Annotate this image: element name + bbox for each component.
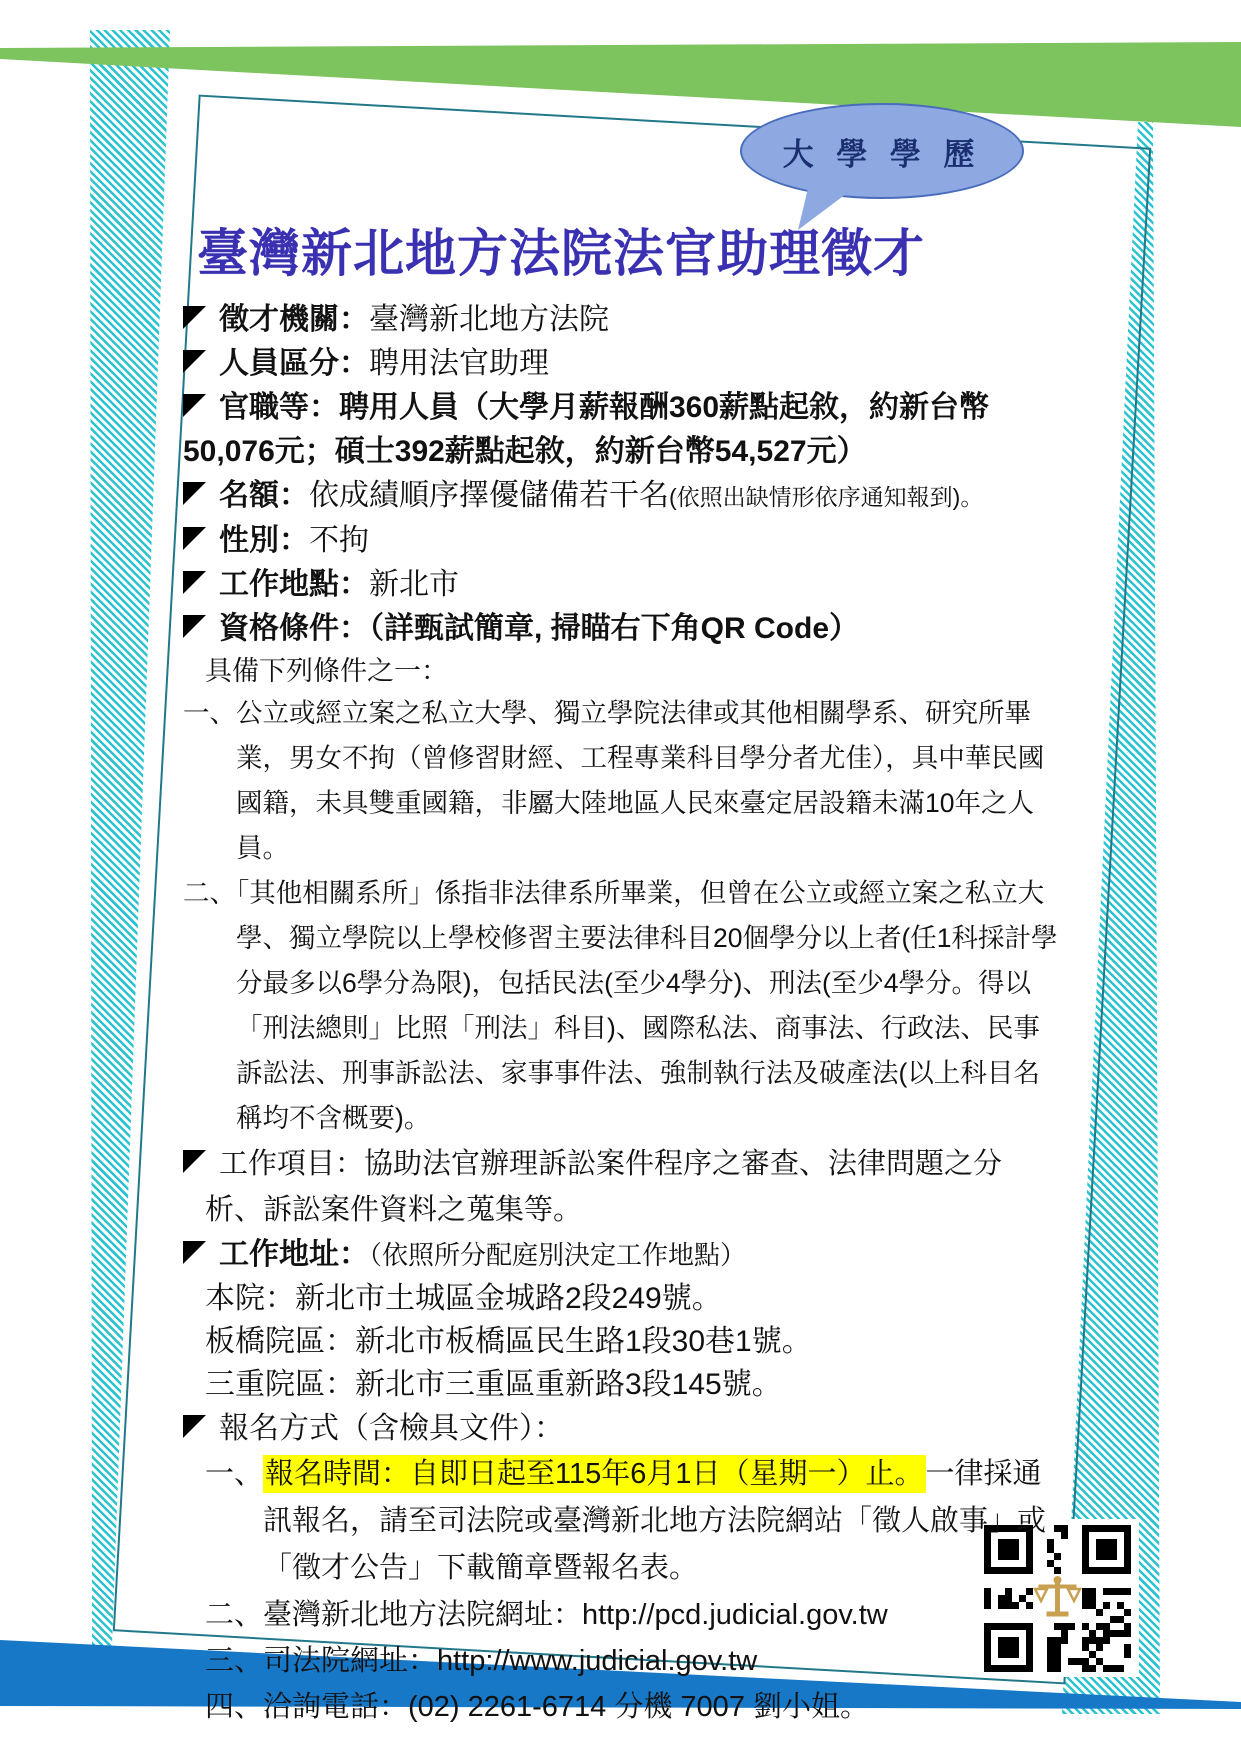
- application-item-3: 三、司法院網址：http://www.judicial.gov.tw: [183, 1638, 1058, 1684]
- row-work-address: 工作地址：（依照所分配庭別決定工作地點）: [183, 1233, 1058, 1277]
- row-quota-label: 名額：: [219, 479, 309, 512]
- poster-content: 臺灣新北地方法院法官助理徵才 徵才機關：臺灣新北地方法院 人員區分：聘用法官助理…: [183, 212, 1058, 1730]
- recruitment-poster: { "badge": "大 學 學 歷", "title": "臺灣新北地方法院…: [0, 0, 1241, 1755]
- row-gender: 性別：不拘: [183, 519, 1058, 563]
- row-agency-label: 徵才機關：: [219, 303, 369, 336]
- qualification-item-2: 二、「其他相關系所」係指非法律系所畢業，但曾在公立或經立案之私立大學、獨立學院以…: [183, 871, 1058, 1141]
- qualification-intro: 具備下列條件之一：: [183, 651, 1058, 691]
- row-agency-value: 臺灣新北地方法院: [369, 303, 609, 336]
- row-duties-label: 工作項目：: [219, 1148, 364, 1180]
- row-agency: 徵才機關：臺灣新北地方法院: [183, 298, 1058, 342]
- row-gender-value: 不拘: [309, 524, 369, 557]
- row-requirements-label: 資格條件：: [219, 612, 369, 645]
- row-gender-label: 性別：: [219, 524, 309, 557]
- row-location-value: 新北市: [369, 568, 459, 601]
- row-work-address-label: 工作地址：: [219, 1238, 369, 1271]
- row-location-label: 工作地點：: [219, 568, 369, 601]
- row-application-label: 報名方式（含檢具文件）：: [219, 1412, 564, 1445]
- bullet-triangle-icon: [183, 571, 206, 594]
- bullet-triangle-icon: [183, 482, 206, 505]
- row-rank: 官職等：聘用人員（大學月薪報酬360薪點起敘，約新台幣50,076元；碩士392…: [183, 386, 1058, 474]
- bullet-triangle-icon: [183, 394, 206, 417]
- row-quota-note: (依照出缺情形依序通知報到)。: [669, 484, 983, 510]
- degree-badge-label: 大 學 學 歷: [783, 129, 982, 174]
- row-application: 報名方式（含檢具文件）：: [183, 1406, 1058, 1451]
- row-category-label: 人員區分：: [219, 347, 369, 380]
- row-duties: 工作項目：協助法官辦理訴訟案件程序之審查、法律問題之分析、訴訟案件資料之蒐集等。: [183, 1141, 1058, 1233]
- application-item-1: 一、報名時間：自即日起至115年6月1日（星期一）止。一律採通訊報名，請至司法院…: [183, 1451, 1058, 1592]
- qualification-item-1: 一、公立或經立案之私立大學、獨立學院法律或其他相關學系、研究所畢業，男女不拘（曾…: [183, 691, 1058, 871]
- row-location: 工作地點：新北市: [183, 563, 1058, 607]
- application-item-4: 四、洽詢電話：(02) 2261-6714 分機 7007 劉小姐。: [183, 1684, 1058, 1730]
- bullet-triangle-icon: [183, 615, 206, 638]
- bullet-triangle-icon: [183, 350, 206, 373]
- bullet-triangle-icon: [183, 306, 206, 329]
- bullet-triangle-icon: [183, 1150, 206, 1173]
- address-main-court: 本院：新北市土城區金城路2段249號。: [183, 1277, 1058, 1320]
- row-requirements: 資格條件：（詳甄試簡章, 掃瞄右下角QR Code）: [183, 607, 1058, 651]
- row-rank-label: 官職等：: [219, 391, 339, 424]
- row-quota-value: 依成績順序擇優儲備若干名: [309, 479, 669, 512]
- bullet-triangle-icon: [183, 1415, 206, 1438]
- row-category-value: 聘用法官助理: [369, 347, 549, 380]
- address-banqiao: 板橋院區：新北市板橋區民生路1段30巷1號。: [183, 1320, 1058, 1363]
- bullet-triangle-icon: [183, 527, 206, 550]
- application-deadline-highlight: 報名時間：自即日起至115年6月1日（星期一）止。: [263, 1455, 926, 1493]
- bullet-triangle-icon: [183, 1241, 206, 1264]
- application-item-2: 二、臺灣新北地方法院網址：http://pcd.judicial.gov.tw: [183, 1592, 1058, 1638]
- qualification-list: 一、公立或經立案之私立大學、獨立學院法律或其他相關學系、研究所畢業，男女不拘（曾…: [183, 691, 1058, 1141]
- row-category: 人員區分：聘用法官助理: [183, 342, 1058, 386]
- row-work-address-note: （依照所分配庭別決定工作地點）: [369, 1240, 746, 1270]
- address-sanchong: 三重院區：新北市三重區重新路3段145號。: [183, 1363, 1058, 1406]
- page-title: 臺灣新北地方法院法官助理徵才: [197, 212, 1058, 286]
- application-item-1-prefix: 一、: [205, 1458, 263, 1490]
- row-requirements-value: （詳甄試簡章, 掃瞄右下角QR Code）: [369, 612, 859, 645]
- degree-badge-bubble: 大 學 學 歷: [740, 103, 1024, 199]
- row-quota: 名額：依成績順序擇優儲備若干名(依照出缺情形依序通知報到)。: [183, 474, 1058, 519]
